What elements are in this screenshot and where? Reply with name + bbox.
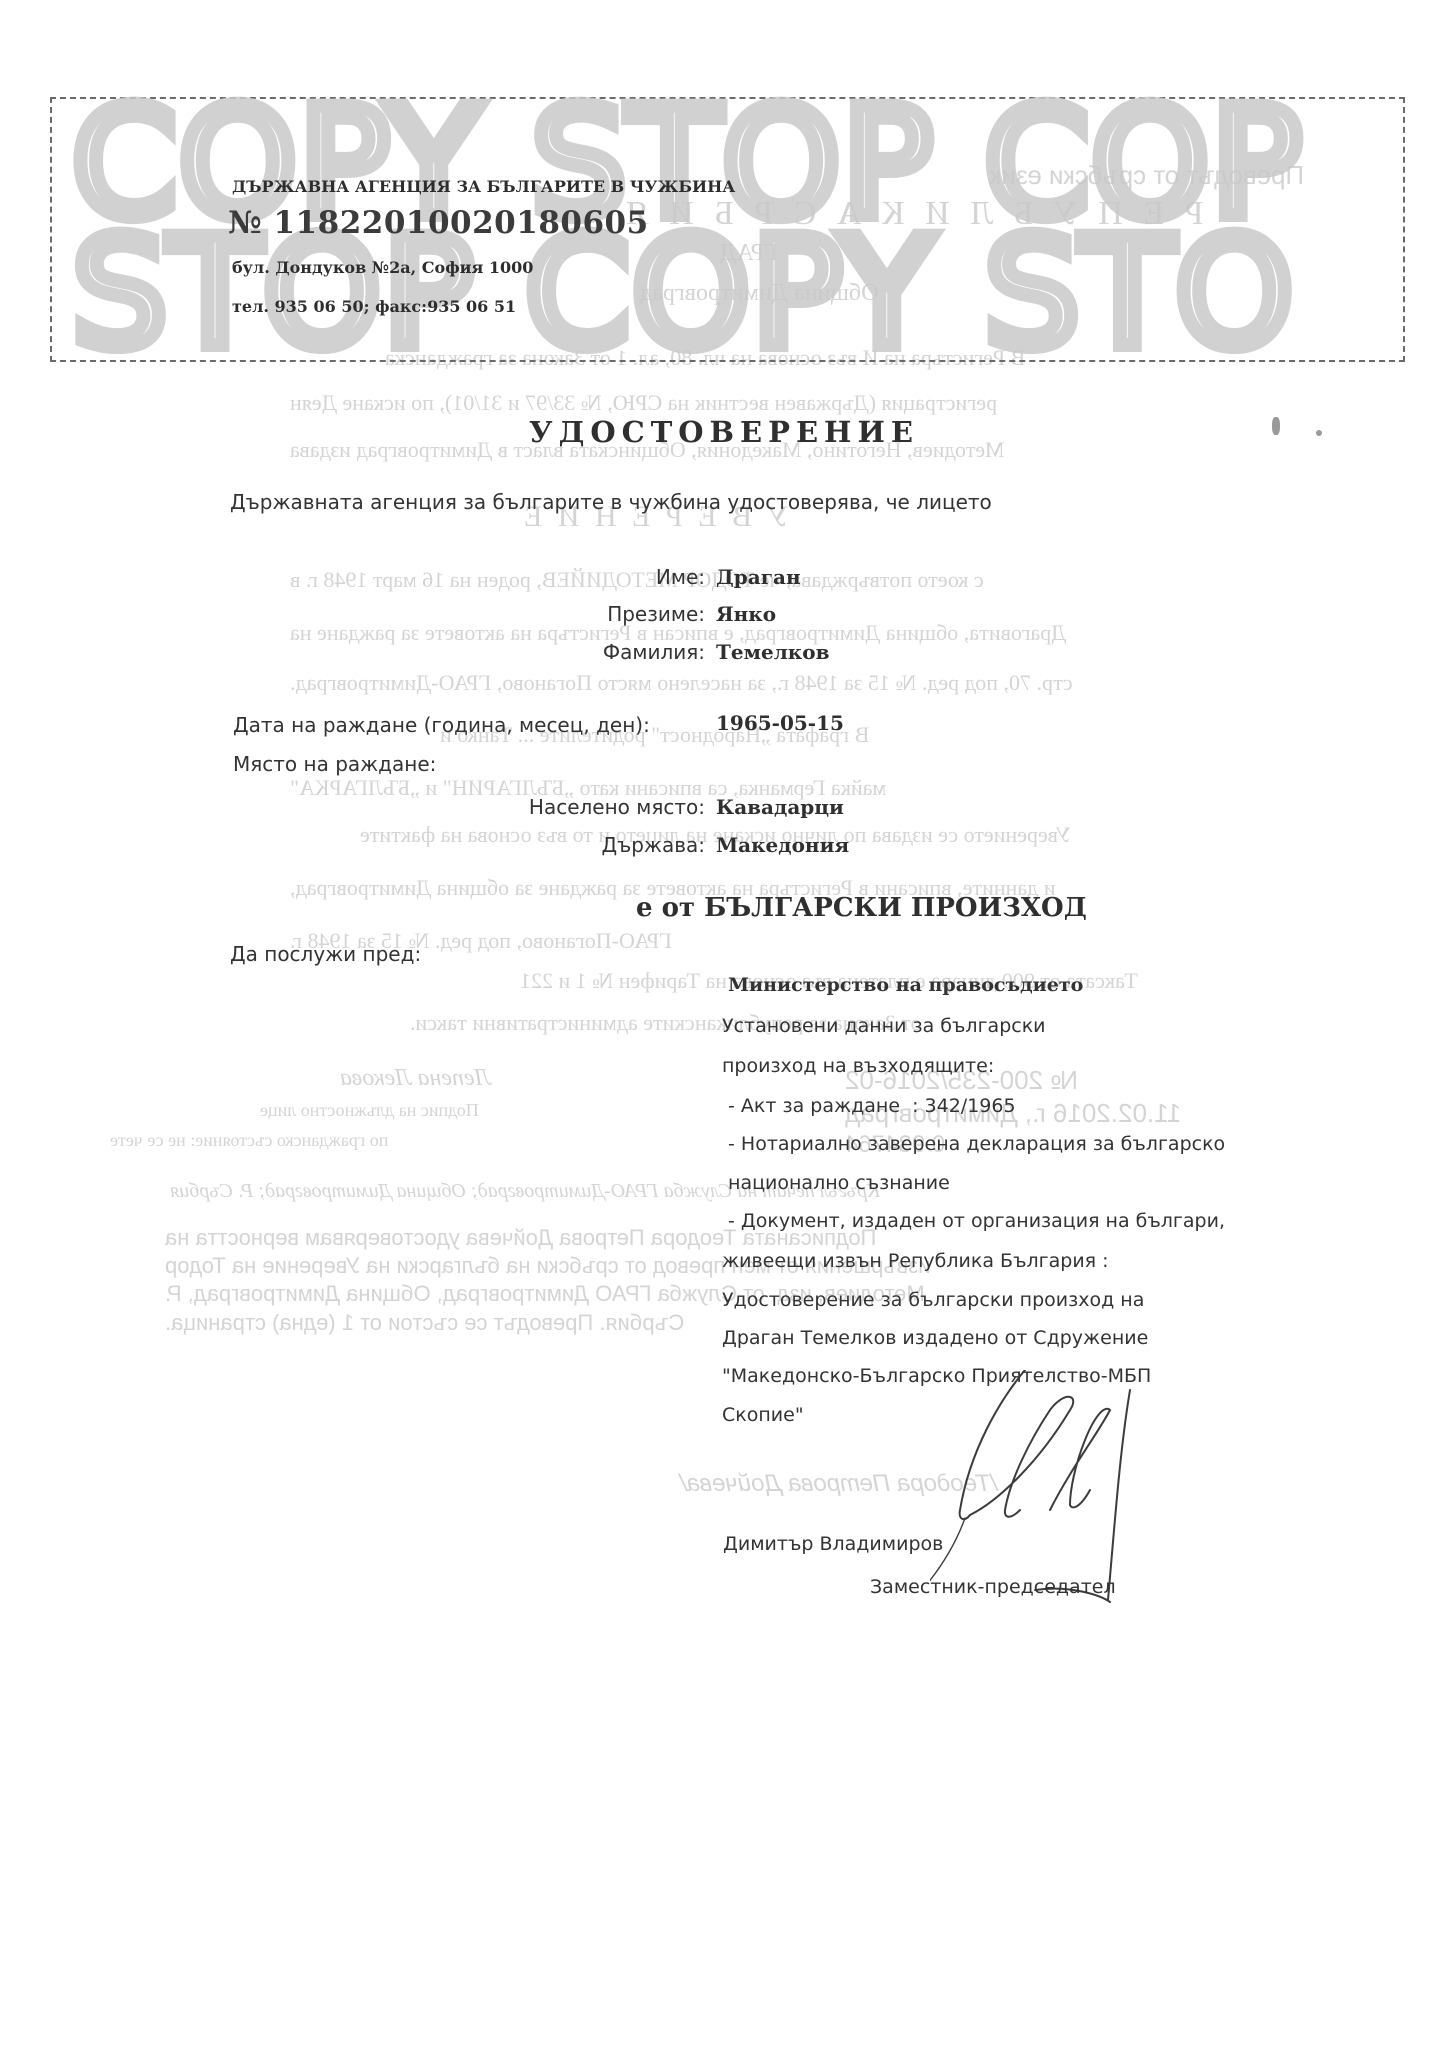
middle-name-value: Янко bbox=[716, 602, 776, 626]
basis-line: - Нотариално заверена декларация за бълг… bbox=[722, 1133, 1225, 1155]
basis-line: Установени данни за български bbox=[722, 1015, 1046, 1037]
country-label: Държава: bbox=[601, 833, 705, 857]
first-name-value: Драган bbox=[716, 565, 801, 589]
agency-phone-fax: тел. 935 06 50; факс:935 06 51 bbox=[232, 297, 516, 316]
document-number: № 11822010020180605 bbox=[228, 205, 649, 241]
watermark-row: STOP COPY STO bbox=[72, 219, 1295, 369]
settlement-value: Кавадарци bbox=[716, 795, 844, 819]
first-name-label: Име: bbox=[656, 565, 705, 589]
serve-before-label: Да послужи пред: bbox=[230, 942, 421, 966]
intro-statement: Държавната агенция за българите в чужбин… bbox=[230, 490, 992, 514]
birth-date-value: 1965-05-15 bbox=[716, 711, 844, 735]
basis-line: живеещи извън Република България : bbox=[722, 1250, 1109, 1272]
settlement-label: Населено място: bbox=[529, 795, 705, 819]
bleed-through-text: Лепена Лекова bbox=[340, 1065, 491, 1092]
document-title: УДОСТОВЕРЕНИЕ bbox=[0, 415, 1448, 449]
agency-name: ДЪРЖАВНА АГЕНЦИЯ ЗА БЪЛГАРИТЕ В ЧУЖБИНА bbox=[232, 177, 735, 196]
basis-line: Скопие" bbox=[722, 1404, 804, 1426]
bleed-through-text: с което потвърждава, че ТОДОР МЕТОДИЙЕВ,… bbox=[290, 567, 984, 593]
middle-name-label: Презиме: bbox=[607, 602, 705, 626]
last-name-label: Фамилия: bbox=[603, 640, 705, 664]
serve-before-value: Министерство на правосъдието bbox=[728, 974, 1083, 996]
basis-line: Удостоверение за български произход на bbox=[722, 1289, 1144, 1311]
birth-place-label: Място на раждане: bbox=[233, 752, 436, 776]
bleed-through-text: Сърбия. Преводът се състои от 1 (една) с… bbox=[165, 1310, 684, 1336]
last-name-value: Темелков bbox=[716, 640, 830, 664]
signer-name: Димитър Владимиров bbox=[723, 1533, 943, 1555]
basis-line: Драган Темелков издадено от Сдружение bbox=[722, 1327, 1148, 1349]
basis-line: национално съзнание bbox=[722, 1172, 950, 1194]
signer-role: Заместник-председател bbox=[870, 1576, 1116, 1598]
birth-date-label: Дата на раждане (година, месец, ден): bbox=[233, 713, 650, 737]
bleed-through-text: Подпис на длъжностно лице bbox=[260, 1100, 479, 1121]
bleed-through-text: стр. 70, под ред. № 15 за 1948 г., за на… bbox=[290, 670, 1073, 696]
basis-line: - Документ, издаден от организация на бъ… bbox=[722, 1210, 1225, 1232]
basis-line: произход на възходящите: bbox=[722, 1055, 994, 1077]
bleed-through-text: регистрация (Държавен вестник на СРЮ, № … bbox=[290, 390, 997, 416]
country-value: Македония bbox=[716, 833, 849, 857]
origin-statement: е от БЪЛГАРСКИ ПРОИЗХОД bbox=[636, 893, 1087, 923]
basis-line: - Акт за раждане : 342/1965 bbox=[722, 1095, 1016, 1117]
bleed-through-text: по гражданско състояние: не се чете bbox=[110, 1130, 388, 1151]
agency-address: бул. Дондуков №2а, София 1000 bbox=[232, 258, 533, 277]
